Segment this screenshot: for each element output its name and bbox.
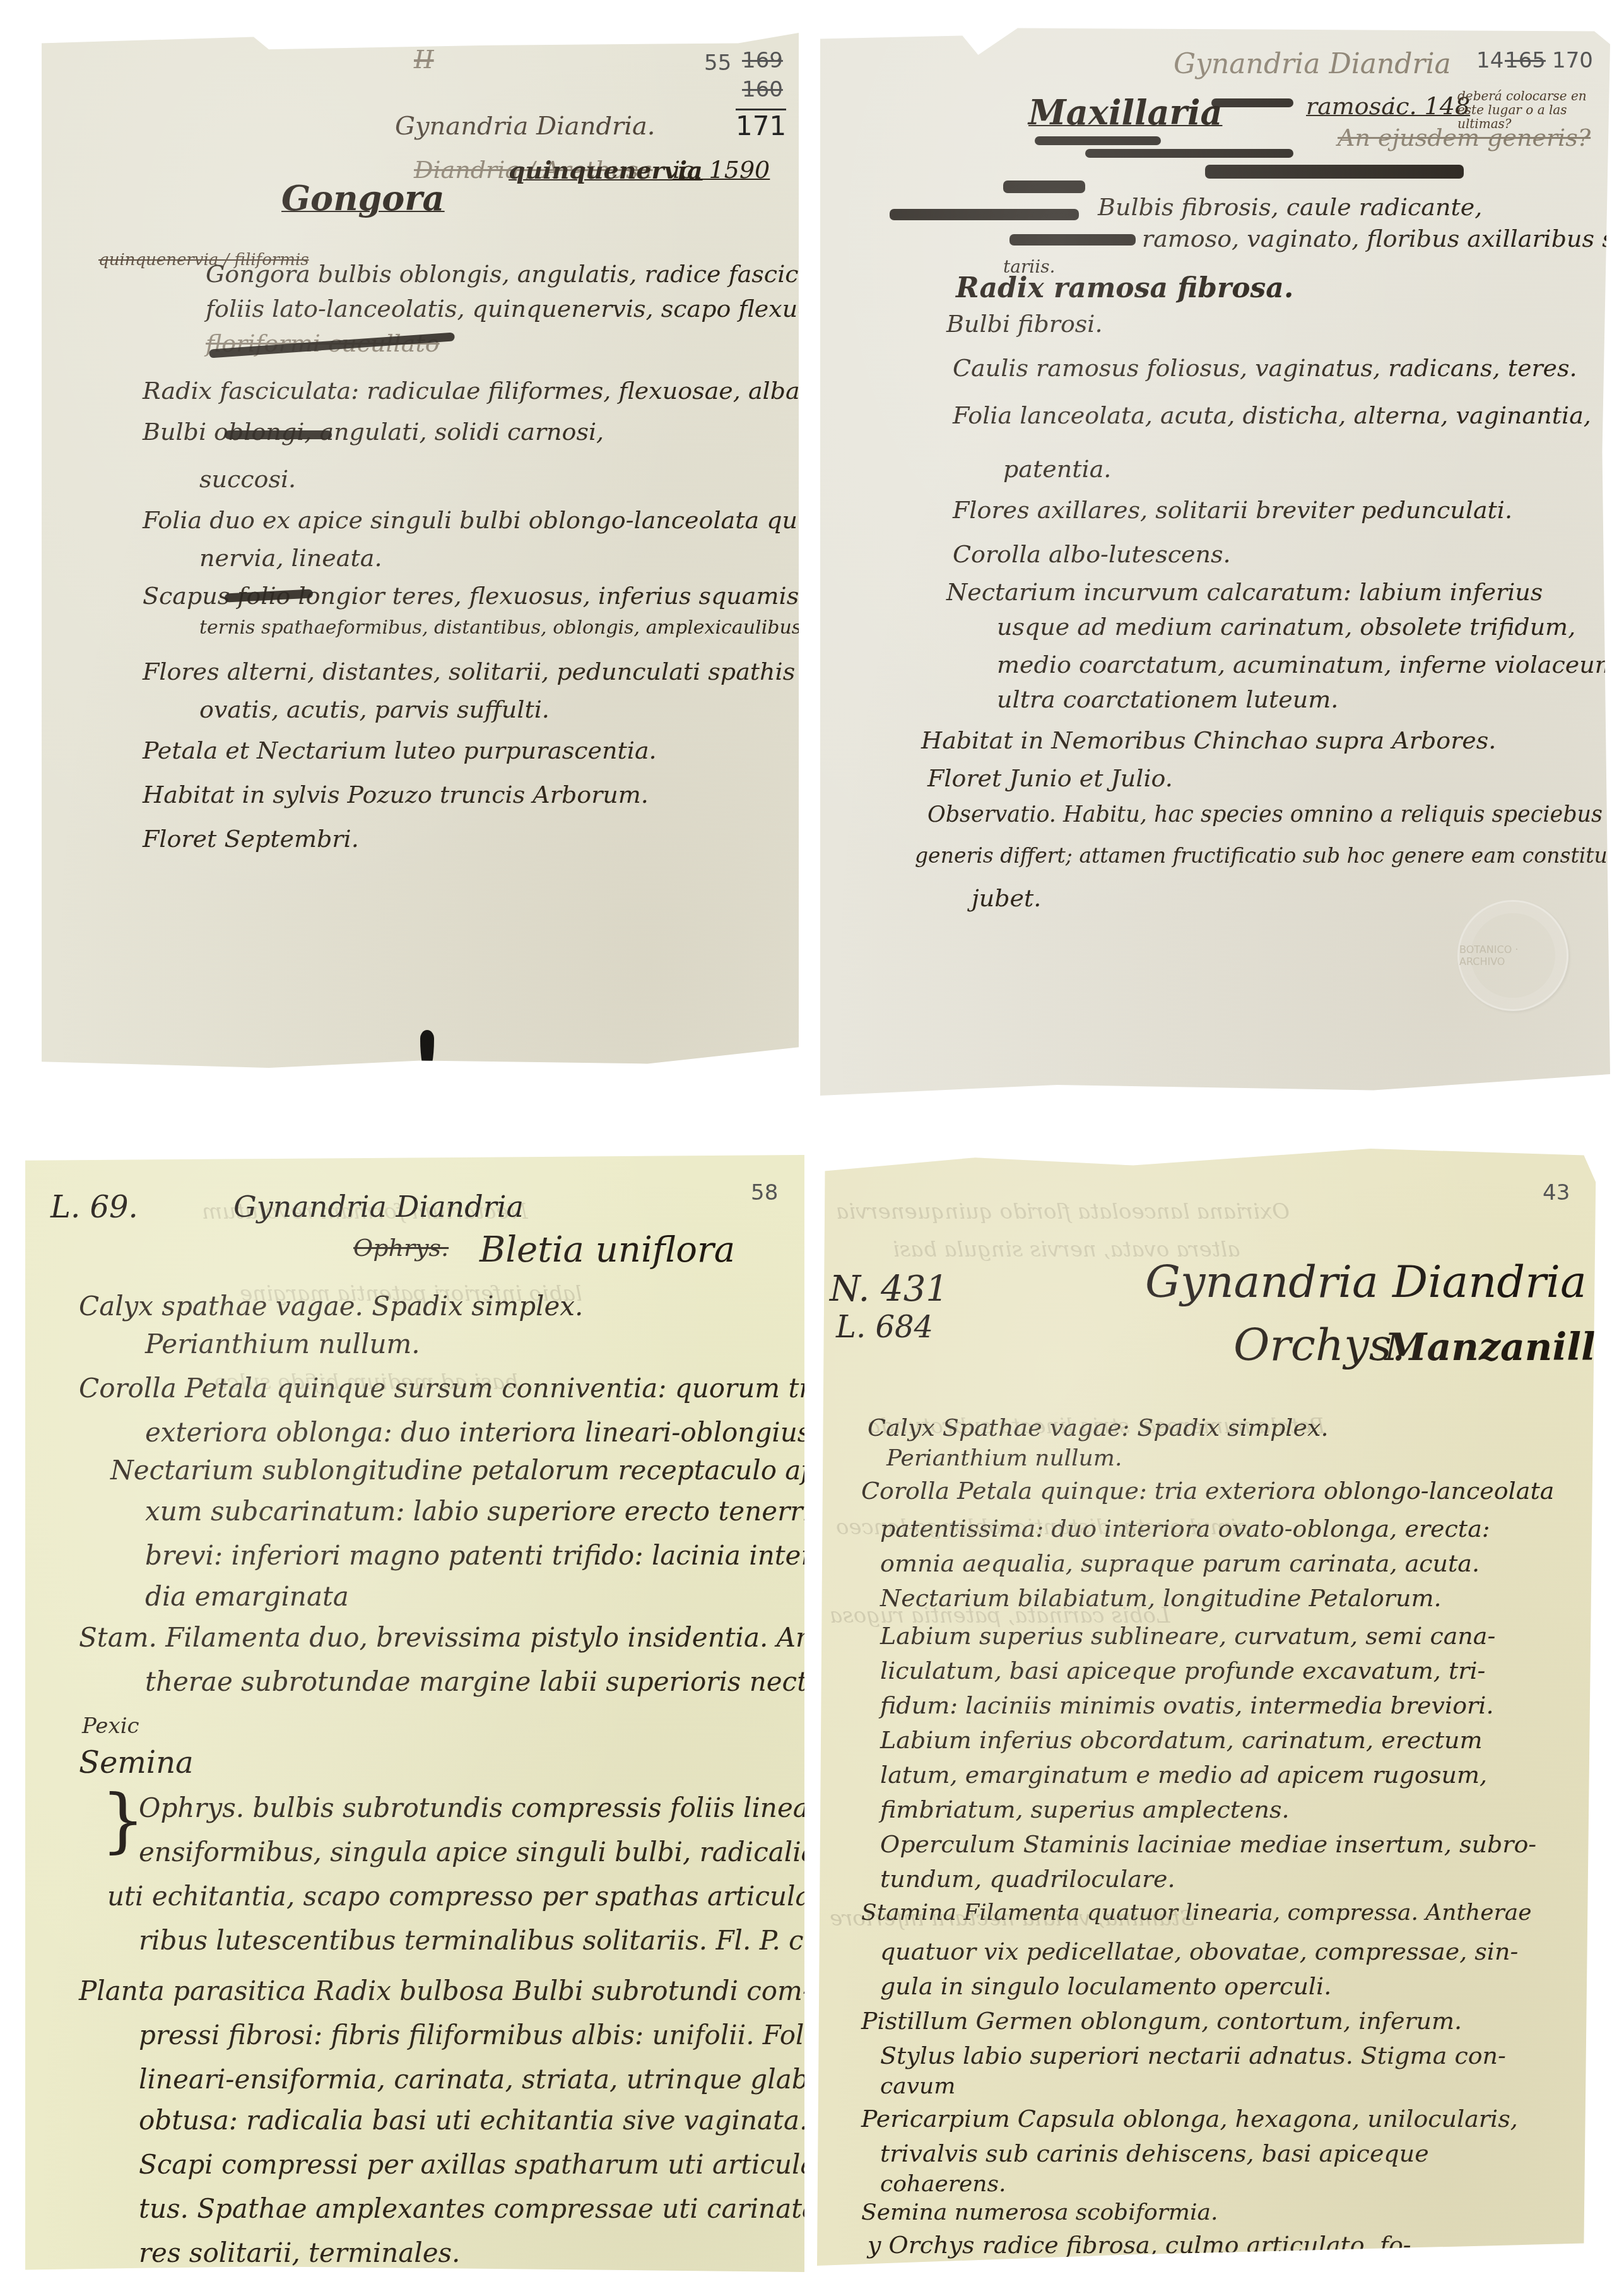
ink-strikeout [1035, 136, 1161, 145]
description-line: fimbriatum, superius amplectens. [880, 1796, 1290, 1823]
genus-title: Maxillaria [1028, 92, 1222, 133]
folio-ref-n: N. 431 [830, 1269, 948, 1310]
description-line: Nectarium incurvum calcaratum: labium in… [946, 578, 1543, 606]
folio-pencil: 14 [1476, 48, 1503, 73]
description-line: Stam. Filamenta duo, brevissima pistylo … [79, 1622, 804, 1653]
class-heading: Gynandria Diandria. [395, 112, 656, 141]
description-line: quatuor vix pedicellatae, obovatae, comp… [880, 1938, 1518, 1965]
manuscript-page-bletia: Nectarium formam revolutum labio inferio… [25, 1155, 804, 2272]
species-epithet: ramosa [1306, 92, 1396, 120]
description-line: Semina numerosa scobiformia. [861, 2199, 1218, 2225]
description-line: Petala et Nectarium luteo purpurascentia… [143, 737, 657, 764]
class-heading: Gynandria Diandria [233, 1190, 524, 1224]
description-line: usque ad medium carinatum, obsolete trif… [997, 613, 1575, 641]
description-line: nervia, lineata. [199, 544, 382, 572]
folio-pencil: 55 [704, 50, 731, 76]
description-line: patentissima: duo interiora ovato-oblong… [880, 1515, 1490, 1542]
genus-title: Orchys. [1233, 1319, 1406, 1371]
observation-line: generis differt; attamen fructificatio s… [915, 843, 1610, 868]
description-line: Scapi compressi per axillas spatharum ut… [139, 2149, 804, 2180]
manuscript-page-orchys: Oxiriana lanceolata florido quinquenervi… [817, 1149, 1608, 2266]
ink-strikeout [1085, 149, 1293, 158]
description-line: patentia. [1003, 455, 1111, 483]
ink-blot [420, 1030, 434, 1068]
ink-strikeout [1211, 98, 1293, 107]
description-line: Stamina Filamenta quatuor linearia, comp… [861, 1900, 1531, 1926]
folio-current: 171 [736, 109, 786, 141]
description-line: Corolla Petala quinque: tria exteriora o… [861, 1477, 1554, 1505]
ink-strikeout [225, 430, 332, 439]
description-line: Perianthium nullum. [145, 1328, 420, 1359]
folio-struck: 165 [1505, 48, 1546, 73]
ink-strikeout [1009, 234, 1136, 246]
folio-ref: L. 69. [50, 1190, 138, 1225]
genus-title: Gongora [281, 178, 445, 218]
roman-mark: II [414, 45, 434, 74]
description-line: ternis spathaeformibus, distantibus, obl… [199, 617, 799, 639]
description-line: trivalvis sub carinis dehiscens, basi ap… [880, 2139, 1429, 2167]
description-line: Floret Junio et Julio. [927, 764, 1173, 792]
ink-strikeout [890, 209, 1079, 220]
description-line: Planta parasitica Radix bulbosa Bulbi su… [79, 1975, 804, 2006]
description-line: fidum: laciniis minimis ovatis, intermed… [880, 1691, 1494, 1719]
genus-title: Bletia uniflora [480, 1229, 735, 1270]
struck-note: An ejusdem generis? [1338, 124, 1591, 151]
description-line: ultra coarctationem luteum. [997, 685, 1338, 713]
embossed-stamp: BOTANICO · ARCHIVO [1457, 900, 1568, 1011]
description-line: Flores axillares, solitarii breviter ped… [953, 496, 1512, 524]
class-heading: Gynandria Diandria [1145, 1256, 1587, 1308]
description-line: gula in singulo loculamento operculi. [880, 1972, 1331, 2000]
description-line: Folia lanceolata, acuta, disticha, alter… [953, 401, 1591, 429]
description-line: Stylus labio superiori nectarii adnatus.… [880, 2042, 1506, 2069]
description-line: Bulbi fibrosi. [946, 310, 1103, 338]
description-line: Flores alterni, distantes, solitarii, pe… [143, 658, 795, 685]
manuscript-page-maxillaria: 14 165 170 Gynandria Diandria Maxillaria… [820, 23, 1610, 1096]
description-line: Nectarium sublongitudine petalorum recep… [110, 1455, 804, 1486]
description-line: Habitat in sylvis Pozuzo truncis Arborum… [143, 781, 649, 808]
radix-line: Radix ramosa fibrosa. [956, 272, 1293, 304]
description-line: ribus lutescentibus terminalibus solitar… [139, 1925, 804, 1956]
description-line: cavum [880, 2073, 955, 2099]
semina-heading: Semina [79, 1745, 194, 1780]
description-line: y Orchys radice fibrosa, culmo articulat… [868, 2231, 1411, 2259]
folio-pencil: 58 [751, 1180, 778, 1205]
description-line: res solitarii, terminales. [139, 2237, 460, 2268]
class-heading: Gynandria Diandria [1174, 48, 1451, 80]
description-line: ovatis, acutis, parvis suffulti. [199, 695, 550, 723]
description-line: Calyx spathae vagae. Spadix simplex. [79, 1291, 583, 1322]
description-line: ensiformibus, singula apice singuli bulb… [139, 1837, 804, 1867]
ink-strikeout [1003, 180, 1085, 193]
ink-strikeout [1205, 165, 1464, 179]
description-line: Folia duo ex apice singuli bulbi oblongo… [143, 506, 799, 534]
description-line: therae subrotundae margine labii superio… [145, 1666, 804, 1697]
folio-pencil: 43 [1543, 1180, 1570, 1205]
description-line: medio coarctatum, acuminatum, inferne vi… [997, 651, 1610, 678]
species-epithet: Manzanilla [1385, 1325, 1608, 1370]
description-line: cohaerens. [880, 2171, 1006, 2197]
description-line: exteriora oblonga: duo interiora lineari… [145, 1417, 804, 1448]
description-line: Corolla Petala quinque sursum conniventi… [79, 1373, 804, 1404]
description-line: Operculum Staminis laciniae mediae inser… [880, 1830, 1536, 1858]
description-line: brevi: inferiori magno patenti trifido: … [145, 1540, 804, 1571]
description-line: liculatum, basi apiceque profunde excava… [880, 1657, 1485, 1684]
description-line: tus. Spathae amplexantes compressae uti … [139, 2193, 804, 2224]
description-line: succosi. [199, 465, 296, 493]
folio-ref-l: L. 684 [836, 1310, 933, 1345]
diagnosis-line: ramoso, vaginato, floribus axillaribus s… [1142, 225, 1610, 252]
description-line: Labium superius sublineare, curvatum, se… [880, 1622, 1495, 1650]
folio-struck-2: 160 [742, 77, 783, 102]
description-line: obtusa: radicalia basi uti echitantia si… [139, 2105, 804, 2136]
observation-line: Observatio. Habitu, hac species omnino a… [927, 802, 1610, 827]
description-line: Labium inferius obcordatum, carinatum, e… [880, 1726, 1482, 1754]
diagnosis-line: Bulbis fibrosis, caule radicante, [1098, 193, 1482, 221]
description-line: Habitat in Nemoribus Chinchao supra Arbo… [921, 726, 1496, 754]
icon-reference: ic. 1590 [673, 156, 770, 184]
description-line: Pericarpium Capsula oblonga, hexagona, u… [861, 2105, 1518, 2133]
observation-line: jubet. [972, 884, 1041, 912]
description-line: dia emarginata [145, 1581, 349, 1612]
description-line: Pistillum Germen oblongum, contortum, in… [861, 2007, 1462, 2035]
description-line: latum, emarginatum e medio ad apicem rug… [880, 1761, 1487, 1789]
description-line: Ophrys. bulbis subrotundis compressis fo… [139, 1792, 804, 1823]
description-line: Corolla albo-lutescens. [953, 540, 1231, 568]
description-line: Bulbi oblongi, angulati, solidi carnosi, [143, 418, 604, 446]
description-line: Floret Septembri. [143, 825, 359, 853]
description-line: Caulis ramosus foliosus, vaginatus, radi… [953, 354, 1577, 382]
description-line: Radix fasciculata: radiculae filiformes,… [143, 377, 799, 405]
description-line: Nectarium bilabiatum, longitudine Petalo… [880, 1584, 1442, 1612]
description-line: Perianthium nullum. [886, 1445, 1122, 1471]
folio-current: 170 [1552, 48, 1593, 73]
description-line: omnia aequalia, supraque parum carinata,… [880, 1549, 1480, 1577]
description-line: xum subcarinatum: labio superiore erecto… [145, 1496, 804, 1527]
genus-struck: Ophrys. [353, 1234, 449, 1262]
manuscript-page-gongora: 55 169 160 171 II Gynandria Diandria. Go… [42, 33, 799, 1068]
folio-struck-1: 169 [742, 48, 783, 73]
description-line: pressi fibrosi: fibris filiformibus albi… [139, 2020, 804, 2050]
description-line: tundum, quadriloculare. [880, 1865, 1175, 1893]
description-line: uti echitantia, scapo compresso per spat… [107, 1881, 804, 1912]
description-line: lineari-ensiformia, carinata, striata, u… [139, 2064, 804, 2095]
diagnosis-line: Gongora bulbis oblongis, angulatis, radi… [206, 260, 799, 288]
diagnosis-line: foliis lato-lanceolatis, quinquenervis, … [206, 295, 799, 323]
margin-label: Pexic [82, 1713, 139, 1739]
description-line: Calyx Spathae vagae: Spadix simplex. [868, 1414, 1328, 1441]
